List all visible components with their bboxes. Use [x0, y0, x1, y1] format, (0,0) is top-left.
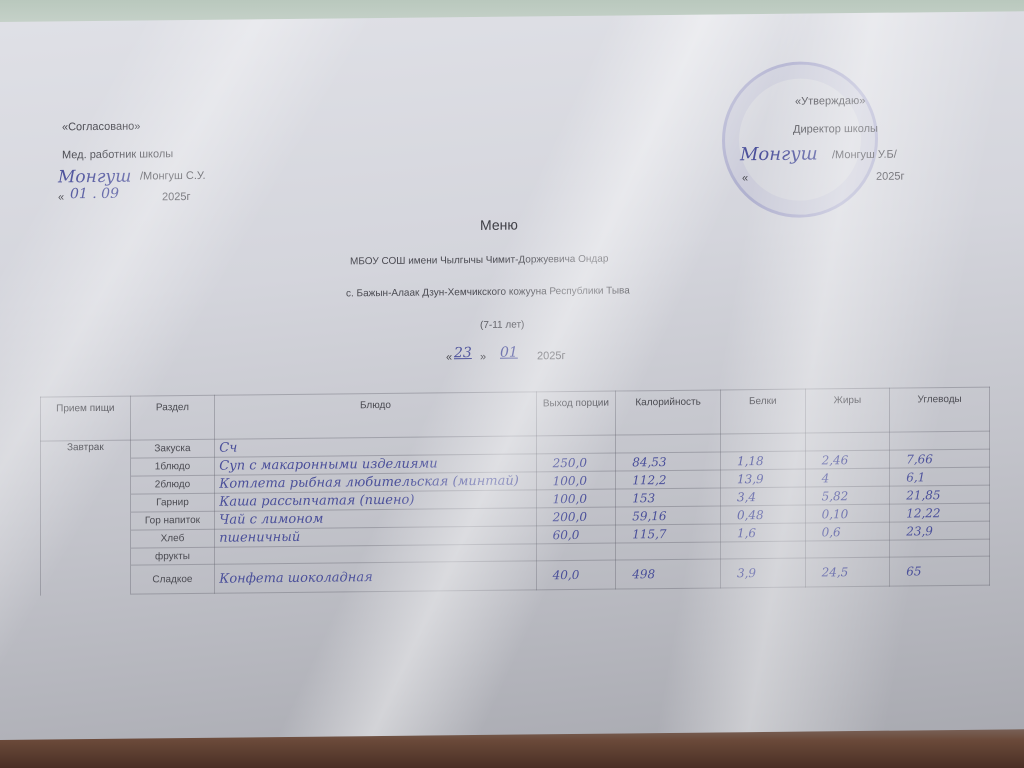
calories-cell: 115,7 [616, 524, 721, 543]
calories-cell: 59,16 [616, 506, 721, 525]
approval-right-signature: Монгуш [740, 143, 818, 165]
fat-cell: 0,10 [805, 504, 890, 523]
header-section: Раздел [130, 395, 215, 440]
approval-left-date: 01 . 09 [70, 186, 119, 203]
protein-cell [720, 541, 805, 559]
menu-sheet: «Согласовано» Мед. работник школы Монгуш… [0, 11, 1024, 740]
dish-cell: Конфета шоколадная [215, 561, 536, 593]
protein-cell: 0,48 [720, 505, 805, 524]
menu-date-day: 23 [454, 345, 472, 361]
portion-cell [536, 543, 616, 561]
meal-cell [41, 530, 131, 549]
carbs-cell: 23,9 [890, 521, 990, 540]
approval-right-date-open: « [742, 172, 748, 184]
meal-cell [41, 565, 131, 595]
section-cell: Гор напиток [130, 511, 215, 530]
carbs-cell [890, 431, 990, 450]
header-calories: Калорийность [616, 390, 721, 435]
section-cell: Гарнир [130, 493, 215, 512]
fat-cell: 0,6 [805, 522, 890, 541]
protein-cell [720, 433, 805, 452]
header-carbs: Углеводы [890, 387, 990, 432]
carbs-cell: 12,22 [890, 503, 990, 522]
meal-cell [41, 548, 131, 566]
carbs-cell: 21,85 [890, 485, 990, 504]
carbs-cell: 65 [890, 556, 990, 586]
portion-cell: 200,0 [536, 507, 616, 526]
fat-cell: 24,5 [805, 557, 890, 587]
calories-cell: 112,2 [616, 470, 721, 489]
fat-cell: 5,82 [805, 486, 890, 505]
meal-cell [41, 494, 131, 513]
menu-date-month: 01 [500, 345, 518, 361]
approval-right-heading: «Утверждаю» [795, 95, 865, 108]
section-cell: Хлеб [130, 529, 215, 548]
header-dish: Блюдо [215, 392, 536, 439]
approval-left-name: /Монгуш С.У. [140, 170, 206, 183]
calories-cell [616, 434, 721, 453]
portion-cell: 100,0 [536, 489, 616, 508]
calories-cell: 153 [616, 488, 721, 507]
header-fat: Жиры [805, 388, 890, 433]
meal-cell [41, 476, 131, 495]
document-title: Меню [480, 217, 518, 233]
protein-cell: 1,6 [720, 523, 805, 542]
calories-cell: 498 [616, 559, 721, 589]
header-portion: Выход порции [536, 391, 616, 436]
age-group: (7-11 лет) [480, 320, 524, 331]
section-cell: 1блюдо [130, 457, 215, 476]
approval-left-role: Мед. работник школы [62, 148, 173, 161]
portion-cell: 60,0 [536, 525, 616, 544]
approval-right-year: 2025г [876, 171, 904, 183]
menu-table: Прием пищи Раздел Блюдо Выход порции Кал… [40, 387, 990, 596]
carbs-cell [890, 539, 990, 557]
menu-date-open: « [446, 351, 452, 363]
fat-cell: 2,46 [805, 450, 890, 469]
approval-left-signature: Монгуш [58, 167, 131, 188]
calories-cell [616, 542, 721, 560]
school-name-line2: с. Бажын-Алаак Дзун-Хемчикского кожууна … [346, 285, 630, 299]
section-cell: Закуска [130, 439, 215, 458]
approval-left-date-open: « [58, 191, 64, 203]
section-cell: 2блюдо [130, 475, 215, 494]
menu-date-sep: » [480, 351, 486, 363]
school-stamp [722, 61, 878, 219]
approval-left-year: 2025г [162, 191, 190, 203]
meal-cell: Завтрак [41, 440, 131, 459]
protein-cell: 3,4 [720, 487, 805, 506]
fat-cell [805, 432, 890, 451]
calories-cell: 84,53 [616, 452, 721, 471]
fat-cell: 4 [805, 468, 890, 487]
approval-right-role: Директор школы [793, 123, 878, 136]
carbs-cell: 7,66 [890, 449, 990, 468]
section-cell: Сладкое [130, 564, 215, 594]
header-meal: Прием пищи [41, 396, 131, 441]
portion-cell: 250,0 [536, 453, 616, 472]
protein-cell: 1,18 [720, 451, 805, 470]
portion-cell: 100,0 [536, 471, 616, 490]
menu-date-year: 2025г [537, 350, 565, 362]
approval-left-heading: «Согласовано» [62, 121, 140, 134]
fat-cell [805, 540, 890, 558]
protein-cell: 13,9 [720, 469, 805, 488]
approval-right-name: /Монгуш У.Б/ [832, 149, 897, 162]
meal-cell [41, 458, 131, 477]
meal-cell [41, 512, 131, 531]
header-protein: Белки [720, 389, 805, 434]
portion-cell: 40,0 [536, 560, 616, 590]
school-name-line1: МБОУ СОШ имени Чылгычы Чимит-Доржуевича … [350, 254, 608, 268]
portion-cell [536, 435, 616, 454]
protein-cell: 3,9 [720, 558, 805, 588]
section-cell: фрукты [130, 547, 215, 565]
carbs-cell: 6,1 [890, 467, 990, 486]
